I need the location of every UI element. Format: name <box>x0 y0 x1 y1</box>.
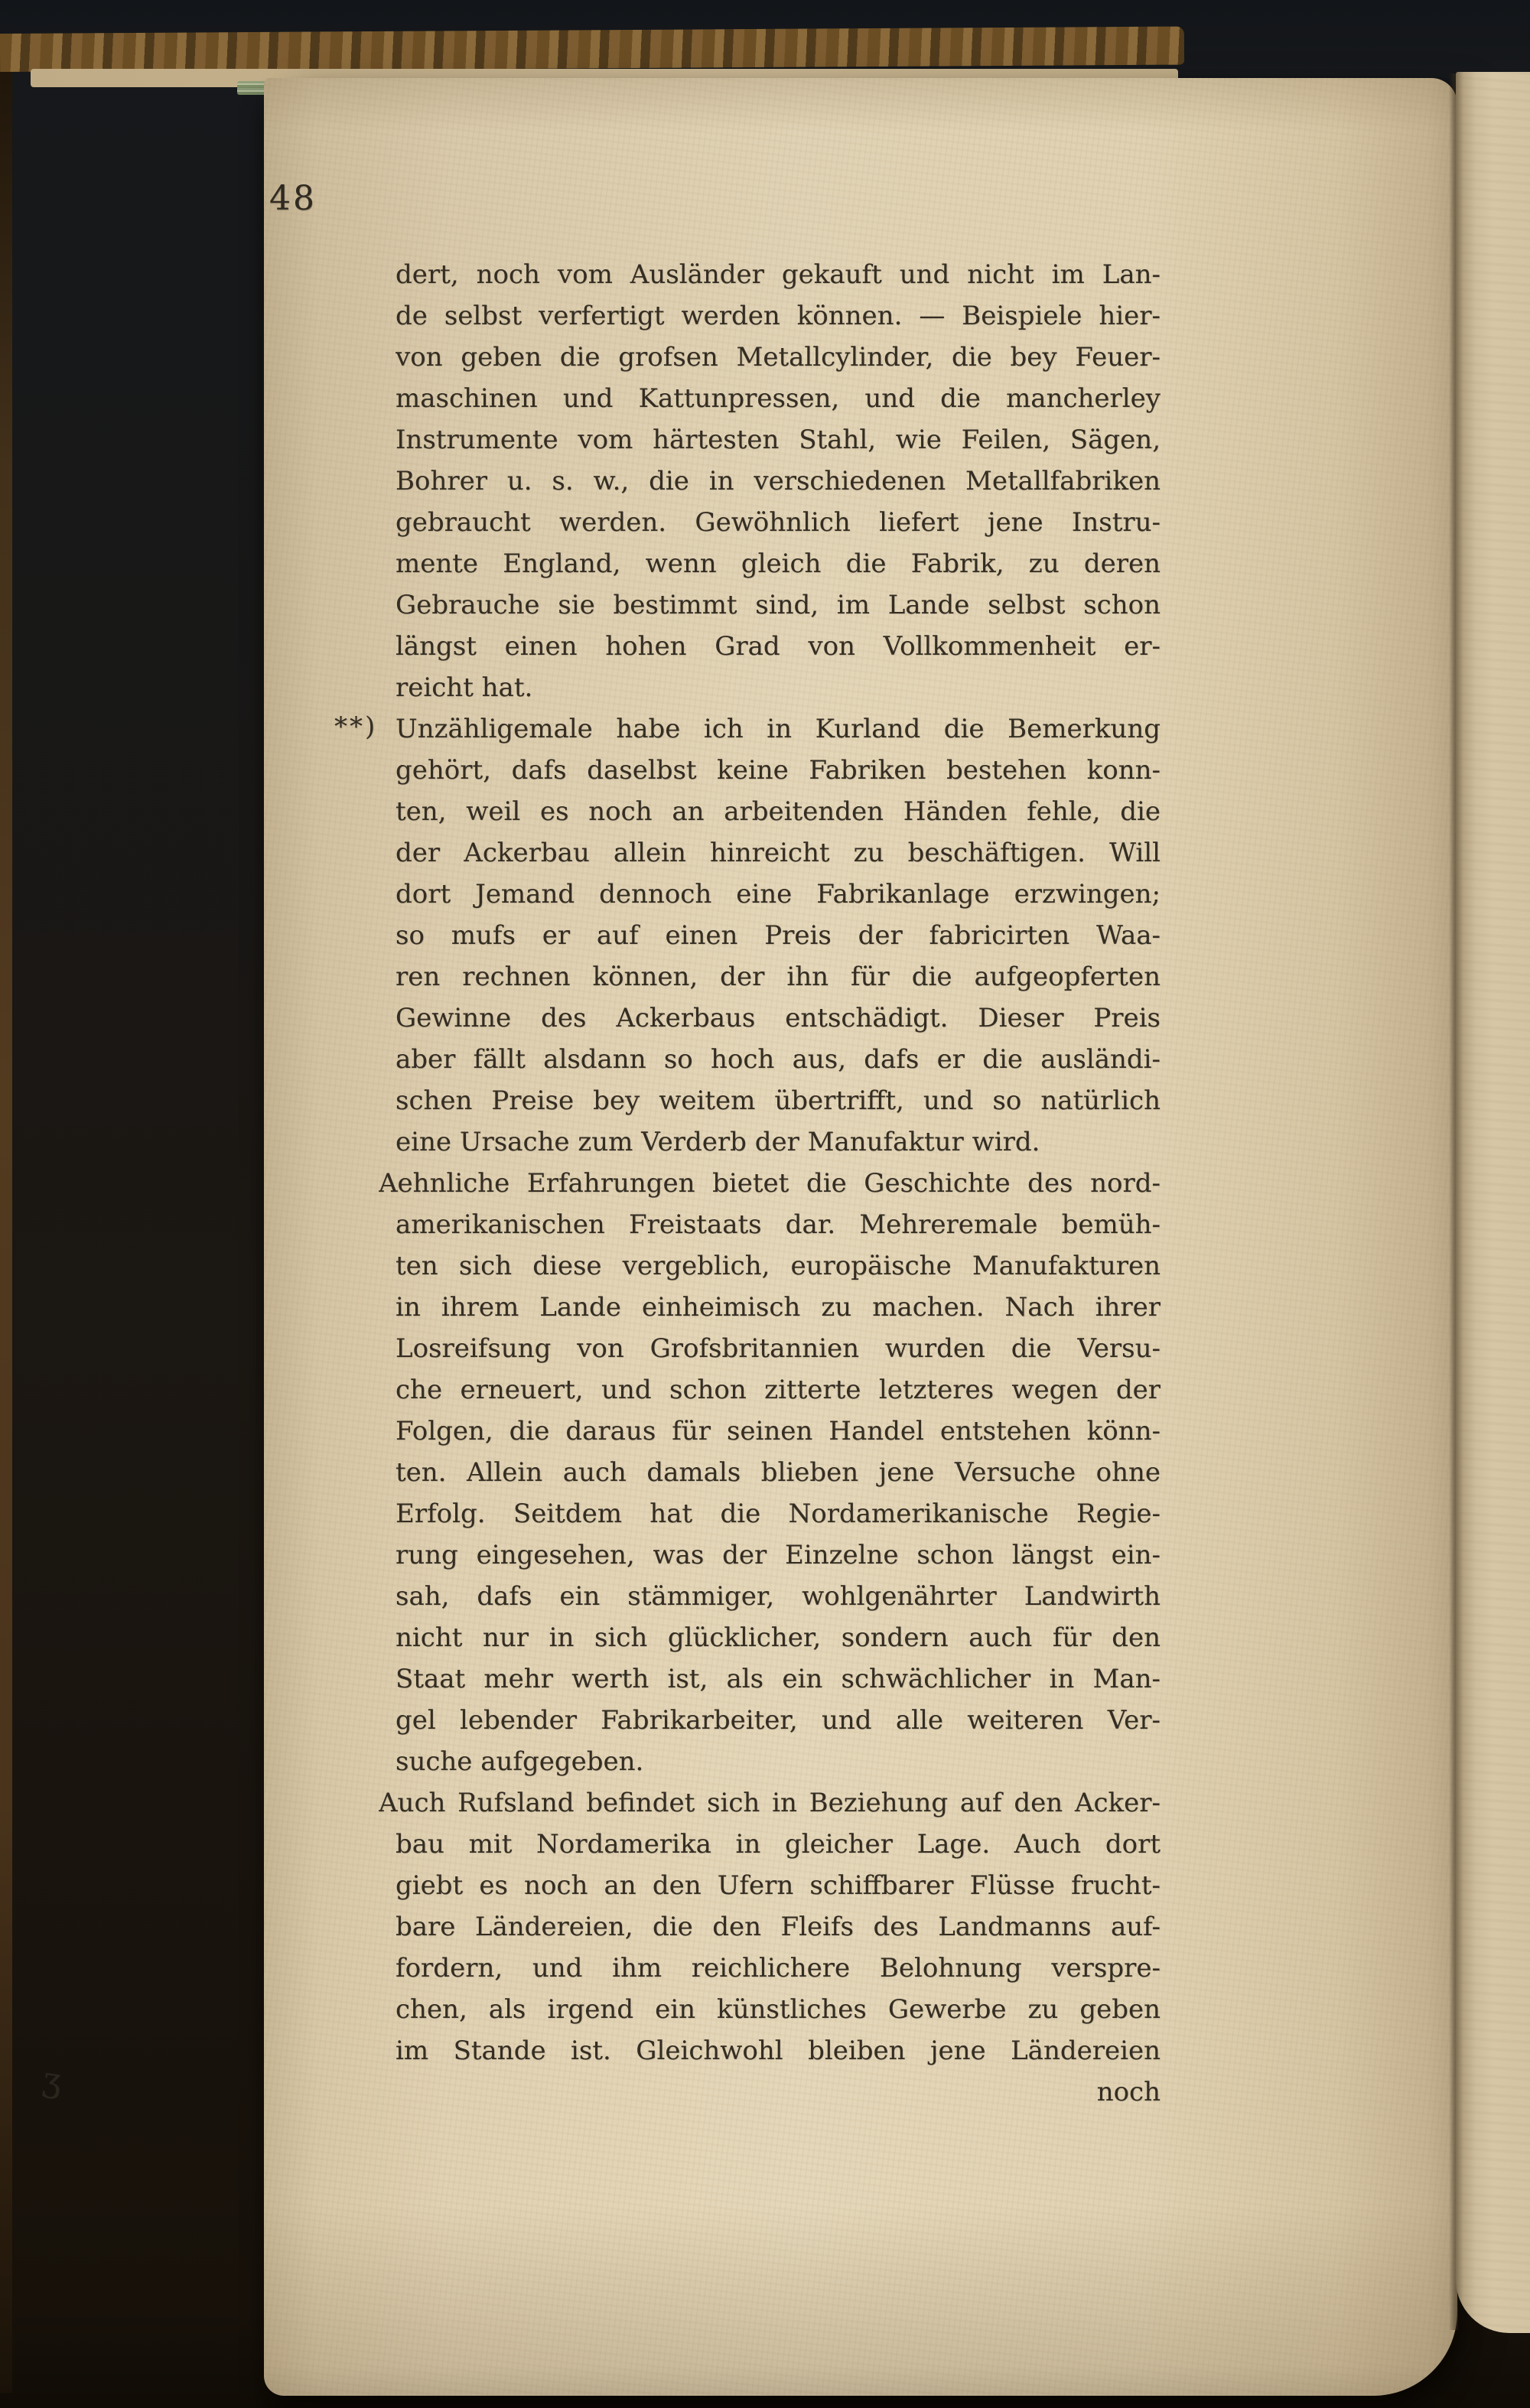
footnote-marker: **) <box>334 706 377 747</box>
text-line: eine Ursache zum Verderb der Manufaktur … <box>396 1121 1161 1163</box>
text-line: dort Jemand dennoch eine Fabrikanlage er… <box>396 874 1161 915</box>
text-line: ren rechnen können, der ihn für die aufg… <box>396 956 1161 997</box>
text-line: Unzähligemale habe ich in Kurland die Be… <box>396 708 1161 750</box>
text-line: bau mit Nordamerika in gleicher Lage. Au… <box>396 1824 1161 1865</box>
text-line: Staat mehr werth ist, als ein schwächlic… <box>396 1658 1161 1700</box>
text-line: giebt es noch an den Ufern schiffbarer F… <box>396 1865 1161 1906</box>
text-line: dert, noch vom Ausländer gekauft und nic… <box>396 254 1161 295</box>
text-line: amerikanischen Freistaats dar. Mehrerema… <box>396 1204 1161 1245</box>
text-line: von geben die grofsen Metallcylinder, di… <box>396 337 1161 378</box>
catchword: noch <box>396 2071 1161 2113</box>
text-line: gel lebender Fabrikarbeiter, und alle we… <box>396 1700 1161 1741</box>
text-line: längst einen hohen Grad von Vollkommenhe… <box>396 626 1161 667</box>
text-line: gebraucht werden. Gewöhnlich liefert jen… <box>396 502 1161 543</box>
text-line: der Ackerbau allein hinreicht zu beschäf… <box>396 832 1161 874</box>
page-number: 48 <box>269 179 317 218</box>
text-line: ten. Allein auch damals blieben jene Ver… <box>396 1452 1161 1493</box>
text-line: Auch Rufsland befindet sich in Beziehung… <box>379 1782 1161 1824</box>
text-line: ten sich diese vergeblich, europäische M… <box>396 1245 1161 1287</box>
text-line: che erneuert, und schon zitterte letzter… <box>396 1369 1161 1411</box>
text-line: Losreifsung von Grofsbritannien wurden d… <box>396 1328 1161 1369</box>
text-line: ten, weil es noch an arbeitenden Händen … <box>396 791 1161 832</box>
text-line: Instrumente vom härtesten Stahl, wie Fei… <box>396 419 1161 460</box>
text-line: mente England, wenn gleich die Fabrik, z… <box>396 543 1161 584</box>
text-line: Erfolg. Seitdem hat die Nordamerikanisch… <box>396 1493 1161 1534</box>
page-fore-edges-stripes <box>11 67 265 2366</box>
facing-page-edge <box>1456 72 1530 2333</box>
book-cover-top-edge <box>0 27 1184 72</box>
paragraph: Auch Rufsland befindet sich in Beziehung… <box>396 1782 1161 2071</box>
text-line: aber fällt alsdann so hoch aus, dafs er … <box>396 1039 1161 1080</box>
text-line: Aehnliche Erfahrungen bietet die Geschic… <box>379 1163 1161 1204</box>
text-line: im Stande ist. Gleichwohl bleiben jene L… <box>396 2030 1161 2071</box>
text-line: bare Ländereien, die den Fleifs des Land… <box>396 1906 1161 1948</box>
text-line: rung eingesehen, was der Einzelne schon … <box>396 1534 1161 1576</box>
text-line: sah, dafs ein stämmiger, wohlgenährter L… <box>396 1576 1161 1617</box>
text-line: Gewinne des Ackerbaus entschädigt. Diese… <box>396 997 1161 1039</box>
text-line: in ihrem Lande einheimisch zu machen. Na… <box>396 1287 1161 1328</box>
text-line: Bohrer u. s. w., die in verschiedenen Me… <box>396 460 1161 502</box>
text-line: so mufs er auf einen Preis der fabricirt… <box>396 915 1161 956</box>
text-line: de selbst verfertigt werden können. — Be… <box>396 295 1161 337</box>
text-block: dert, noch vom Ausländer gekauft und nic… <box>396 254 1161 2113</box>
text-line: gehört, dafs daselbst keine Fabriken bes… <box>396 750 1161 791</box>
paragraph: Aehnliche Erfahrungen bietet die Geschic… <box>396 1163 1161 1782</box>
text-line: nicht nur in sich glücklicher, sondern a… <box>396 1617 1161 1658</box>
paragraph: dert, noch vom Ausländer gekauft und nic… <box>396 254 1161 708</box>
text-line: reicht hat. <box>396 667 1161 708</box>
text-line: chen, als irgend ein künstliches Gewerbe… <box>396 1989 1161 2030</box>
text-line: schen Preise bey weitem übertrifft, und … <box>396 1080 1161 1121</box>
paragraph: **)Unzähligemale habe ich in Kurland die… <box>396 708 1161 1163</box>
text-line: fordern, und ihm reichlichere Belohnung … <box>396 1948 1161 1989</box>
text-line: suche aufgegeben. <box>396 1741 1161 1782</box>
text-line: maschinen und Kattunpressen, und die man… <box>396 378 1161 419</box>
text-line: Gebrauche sie bestimmt sind, im Lande se… <box>396 584 1161 626</box>
text-line: Folgen, die daraus für seinen Handel ent… <box>396 1411 1161 1452</box>
